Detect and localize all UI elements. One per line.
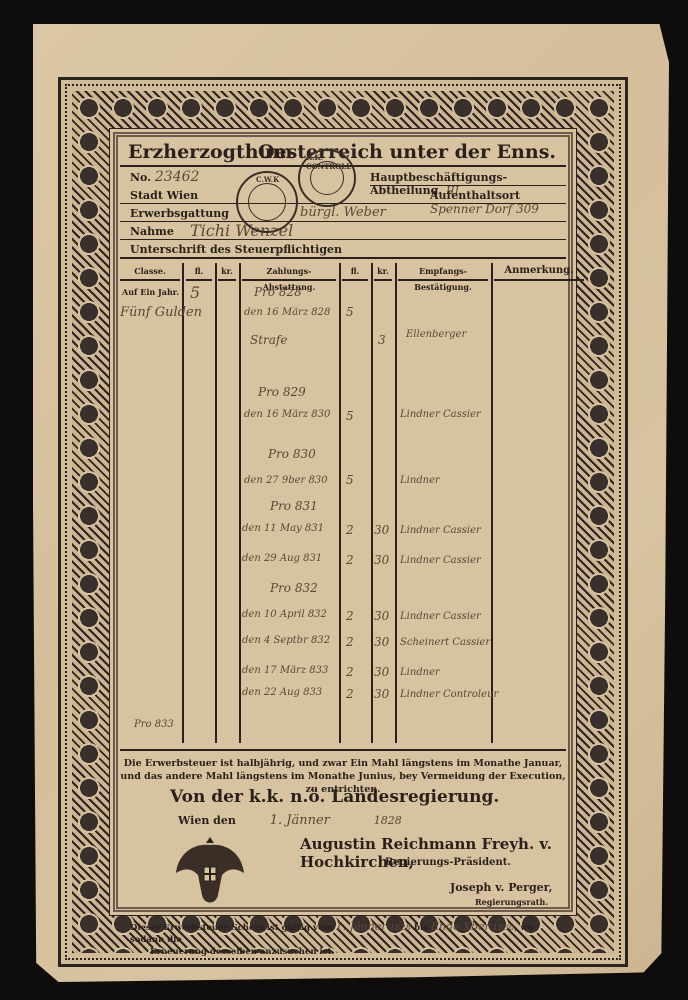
validity-to: Ende Xber (431, 920, 490, 933)
validity-from: 1. Jänner (336, 920, 387, 933)
receipt-signature: Lindner Cassier (400, 525, 481, 536)
payment-kr: 30 (374, 523, 389, 537)
column-rule (371, 263, 373, 743)
date-year: 1828 (374, 814, 402, 827)
validity-from-year: 1828 (389, 923, 411, 933)
col-remark: Anmerkung. (494, 263, 584, 281)
payment-fl: 2 (346, 687, 354, 701)
receipt-signature: Lindner Cassier (400, 555, 481, 566)
rule (120, 203, 566, 204)
payment-entry: den 10 April 832 (242, 609, 327, 620)
date-label: Wien den (178, 814, 236, 827)
classe-fl: 5 (190, 283, 200, 302)
payment-kr: 30 (374, 665, 389, 679)
col-classe: Classe. (120, 263, 180, 281)
payment-entry: Pro 829 (258, 385, 306, 399)
payment-entry: den 16 März 830 (244, 409, 330, 420)
classe-note: Pro 833 (134, 719, 174, 730)
validity-line2: Erneuerung desselben anzusuchen ist. (150, 947, 334, 957)
rule (120, 221, 566, 222)
payment-fl: 2 (346, 523, 354, 537)
payment-fl: 5 (346, 409, 354, 423)
payment-entry: Pro 831 (270, 499, 318, 513)
payment-entry: den 17 März 833 (242, 665, 328, 676)
residence-label: Aufenthaltsort (430, 189, 520, 202)
controll-stamp: K.K. CONTROLL (298, 149, 356, 207)
residence-value: Spenner Dorf 309 (430, 202, 539, 216)
classe-amount: Fünf Gulden (120, 305, 202, 320)
payment-entry: den 29 Aug 831 (242, 553, 322, 564)
col-kr: kr. (218, 263, 236, 281)
receipt-signature: Scheinert Cassier (400, 637, 490, 648)
payment-fl: 2 (346, 553, 354, 567)
column-rule (215, 263, 217, 743)
payment-fl: 2 (346, 635, 354, 649)
payment-entry: den 16 März 828 (244, 307, 330, 318)
validity-mid: bis (414, 923, 428, 933)
col-payment: Zahlungs-Abstattung. (242, 263, 336, 281)
trade-value: bürgl. Weber (300, 205, 386, 220)
ornamental-border: Erzherzogthum Oesterreich unter der Enns… (58, 77, 628, 967)
payment-entry: Pro 830 (268, 447, 316, 461)
classe-label: Auf Ein Jahr. (122, 287, 179, 297)
number-field: No. 23462 (130, 169, 199, 185)
payment-entry: den 4 Septbr 832 (242, 635, 330, 646)
stamp-text: C.W.K (256, 175, 279, 184)
payment-fl: 5 (346, 473, 354, 487)
validity-statement: Dieser Erwerbsteuer-Schein ist gültig vo… (130, 921, 560, 958)
authority-heading: Von der k.k. n.ö. Landesregierung. (170, 787, 499, 807)
payment-fl: 2 (346, 609, 354, 623)
payment-kr: 30 (374, 687, 389, 701)
number-value: 23462 (155, 169, 200, 185)
col-kr-2: kr. (374, 263, 392, 281)
column-rule (491, 263, 493, 743)
receipt-signature: Lindner Cassier (400, 409, 481, 420)
receipt-signature: Lindner (400, 475, 440, 486)
payment-entry: Strafe (250, 333, 287, 347)
column-rule (339, 263, 341, 743)
payment-fl: 2 (346, 665, 354, 679)
payment-entry: Pro 828 (254, 285, 302, 299)
rule (370, 185, 566, 186)
payment-entry: den 22 Aug 833 (242, 687, 322, 698)
number-label: No. (130, 171, 151, 184)
payment-entry: den 11 May 831 (242, 523, 324, 534)
secretary-name: Joseph v. Perger, (450, 881, 552, 894)
payment-kr: 3 (378, 333, 386, 347)
column-rule (395, 263, 397, 743)
payment-table: Classe. fl. kr. Zahlungs-Abstattung. fl.… (120, 263, 566, 743)
receipt-signature: Lindner Controleur (400, 689, 498, 700)
double-headed-eagle-icon (172, 833, 248, 913)
rule (120, 257, 566, 259)
col-fl: fl. (186, 263, 212, 281)
date-value: 1. Jänner (270, 813, 330, 828)
stamp-text: K.K. CONTROLL (306, 153, 354, 171)
validity-to-year: 1830 (493, 923, 515, 933)
column-rule (182, 263, 184, 743)
name-label: Nahme (130, 225, 174, 238)
receipt-signature: Lindner (400, 667, 440, 678)
payment-kr: 30 (374, 553, 389, 567)
trade-label: Erwerbsgattung (130, 207, 229, 220)
col-receipt: Empfangs-Bestätigung. (398, 263, 488, 281)
president-title: Regierungs-Präsident. (385, 857, 511, 868)
validity-prefix: Dieser Erwerbsteuer-Schein ist gültig vo… (130, 923, 333, 933)
payment-kr: 30 (374, 609, 389, 623)
payment-fl: 5 (346, 305, 354, 319)
receipt-signature: Lindner Cassier (400, 611, 481, 622)
issue-date: Wien den 1. Jänner 1828 (178, 813, 402, 828)
title-right: Oesterreich unter der Enns. (258, 141, 556, 163)
form-body: Erzherzogthum Oesterreich unter der Enns… (109, 128, 577, 916)
payment-kr: 30 (374, 635, 389, 649)
secretary-title: Regierungsrath. (475, 897, 548, 907)
col-fl-2: fl. (342, 263, 368, 281)
column-rule (239, 263, 241, 743)
receipt-signature: Ellenberger (406, 329, 466, 340)
payment-entry: Pro 832 (270, 581, 318, 595)
tax-office-stamp: C.W.K (236, 171, 298, 233)
signature-label: Unterschrift des Steuerpflichtigen (130, 243, 342, 256)
city-label: Stadt Wien (130, 189, 198, 202)
payment-entry: den 27 9ber 830 (244, 475, 328, 486)
rule (120, 239, 566, 240)
